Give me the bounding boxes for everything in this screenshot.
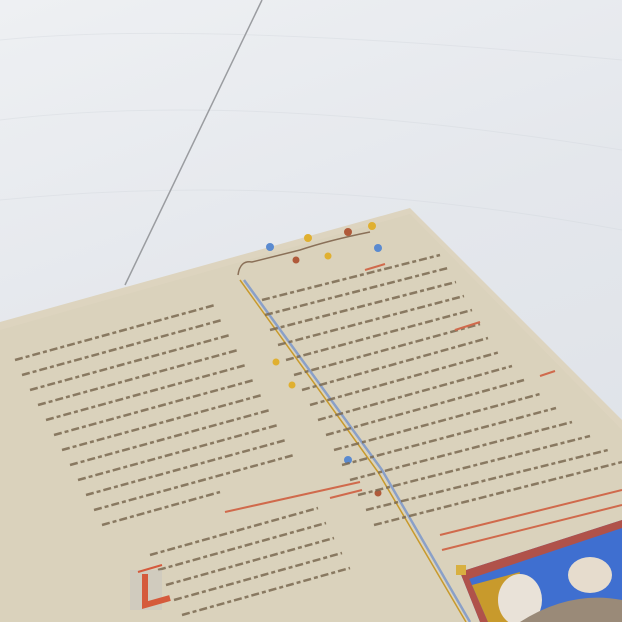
plank-seam (125, 0, 262, 285)
manuscript-photo (0, 0, 622, 622)
wood-grain (0, 33, 622, 230)
